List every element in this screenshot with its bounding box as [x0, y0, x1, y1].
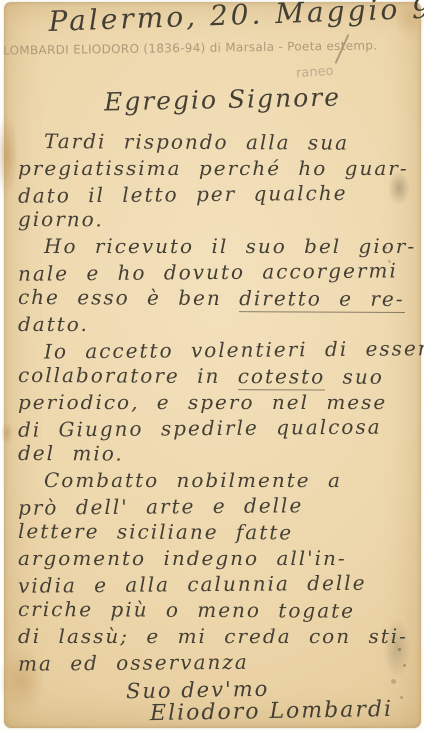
letter-line: pregiatissima perché ho guar-: [18, 155, 418, 181]
salutation: Egregio Signore: [104, 83, 342, 117]
letter-line: datto.: [18, 311, 418, 337]
letter-line: lettere siciliane fatte: [18, 518, 418, 546]
letter-line: del mio.: [18, 440, 418, 468]
archival-pencil-note-continuation: raneo: [296, 64, 334, 82]
letter-line: che esso è ben diretto e re-: [18, 284, 418, 312]
letter-line: criche più o meno togate: [18, 596, 418, 624]
letter-line: argomento indegno all'in-: [18, 545, 418, 571]
letter-line: Tardi rispondo alla sua: [18, 128, 418, 156]
letter-line: ma ed osservanza: [18, 647, 418, 676]
letter-line: di Giugno spedirle qualcosa: [18, 413, 418, 442]
letter-line: nale e ho dovuto accorgermi: [18, 257, 418, 286]
signature: Eliodoro Lombardi: [150, 697, 393, 726]
letter-line: di lassù; e mi creda con sti-: [18, 623, 418, 649]
letter-line: Combatto nobilmente a: [18, 467, 418, 493]
letter-line: Ho ricevuto il suo bel gior-: [18, 233, 418, 259]
letter-line: collaboratore in cotesto suo: [18, 362, 418, 390]
letter-body: Tardi rispondo alla suapregiatissima per…: [18, 129, 418, 675]
letter-line: dato il letto per qualche: [18, 179, 418, 208]
letter-line: periodico, e spero nel mese: [18, 389, 418, 415]
underlined-phrase: diretto e re-: [239, 286, 405, 313]
letter-line: vidia e alla calunnia delle: [18, 569, 418, 598]
letter-line: Io accetto volentieri di essere: [18, 335, 418, 364]
letter-photo: Palermo, 20. Maggio 96 LOMBARDI ELIODORO…: [0, 0, 424, 732]
underlined-phrase: cotesto: [238, 364, 326, 390]
letter-line: giorno.: [18, 206, 418, 234]
letter-line: prò dell' arte e delle: [18, 491, 418, 520]
